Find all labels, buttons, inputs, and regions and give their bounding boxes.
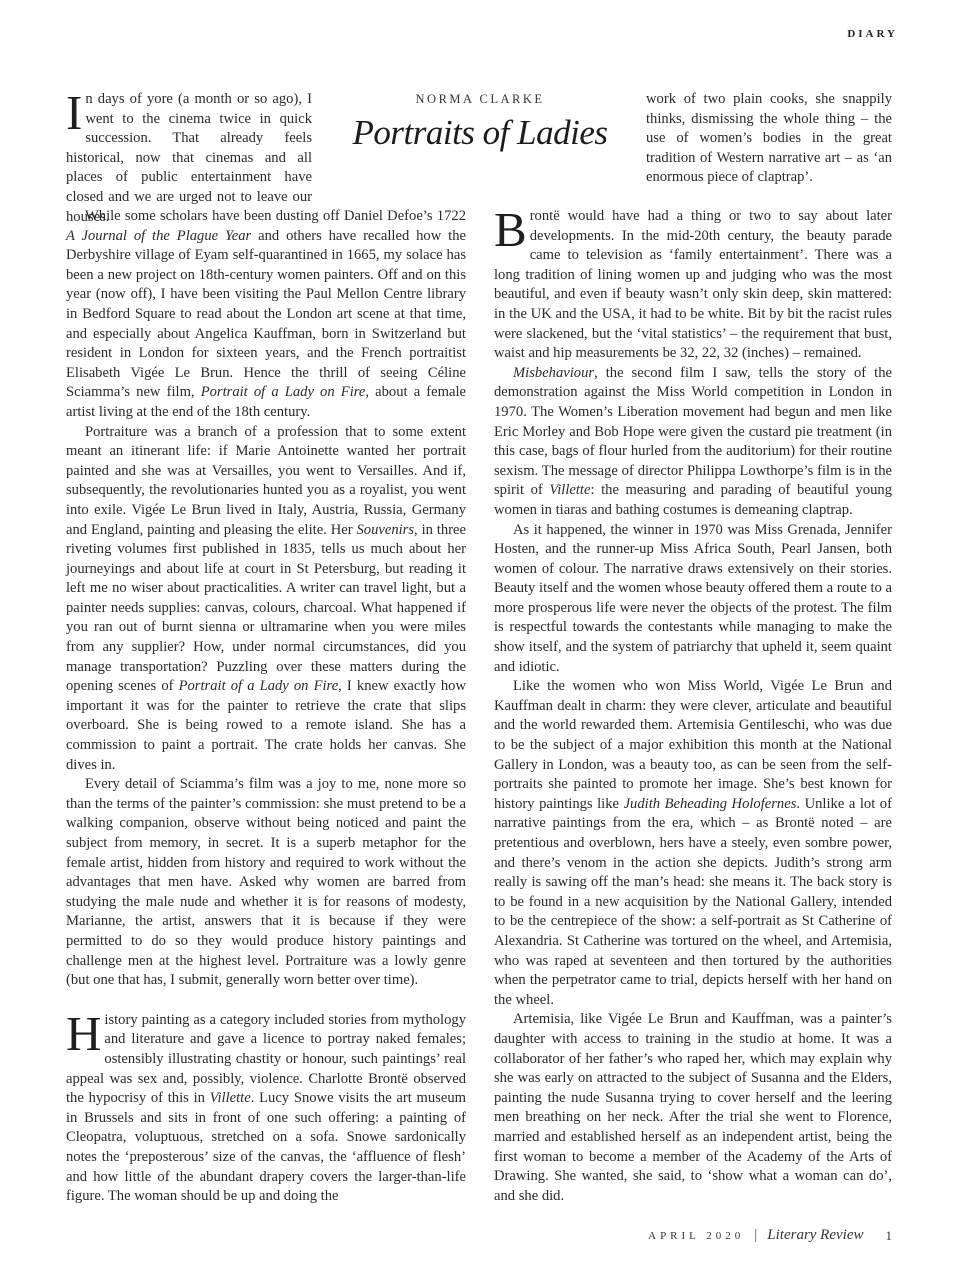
- drop-cap: B: [494, 210, 527, 248]
- continuation-paragraph: work of two plain cooks, she snappily th…: [646, 90, 892, 188]
- drop-cap: I: [66, 93, 82, 131]
- paragraph: Artemisia, like Vigée Le Brun and Kauffm…: [494, 1010, 892, 1206]
- paragraph: Misbehaviour, the second film I saw, tel…: [494, 364, 892, 521]
- footer-separator: |: [754, 1227, 757, 1244]
- page-number: 1: [886, 1228, 894, 1244]
- paragraph: Every detail of Sciamma’s film was a joy…: [66, 775, 466, 991]
- paragraph: As it happened, the winner in 1970 was M…: [494, 521, 892, 678]
- publication-name: Literary Review: [767, 1227, 863, 1244]
- paragraph: Portraiture was a branch of a profession…: [66, 423, 466, 776]
- paragraph: History painting as a category included …: [66, 1011, 466, 1207]
- paragraph: While some scholars have been dusting of…: [66, 207, 466, 423]
- right-column: Brontë would have had a thing or two to …: [494, 207, 892, 1206]
- left-column: While some scholars have been dusting of…: [66, 207, 466, 1207]
- page-footer: APRIL 2020 | Literary Review 1: [648, 1227, 893, 1244]
- article-title: Portraits of Ladies: [332, 113, 628, 153]
- paragraph: Brontë would have had a thing or two to …: [494, 207, 892, 364]
- title-block: NORMA CLARKE Portraits of Ladies: [332, 90, 628, 153]
- issue-date: APRIL 2020: [648, 1230, 744, 1242]
- author-byline: NORMA CLARKE: [332, 92, 628, 107]
- top-right-column: work of two plain cooks, she snappily th…: [646, 90, 892, 188]
- paragraph: Like the women who won Miss World, Vigée…: [494, 677, 892, 1010]
- section-label: DIARY: [847, 28, 898, 40]
- drop-cap: H: [66, 1014, 101, 1052]
